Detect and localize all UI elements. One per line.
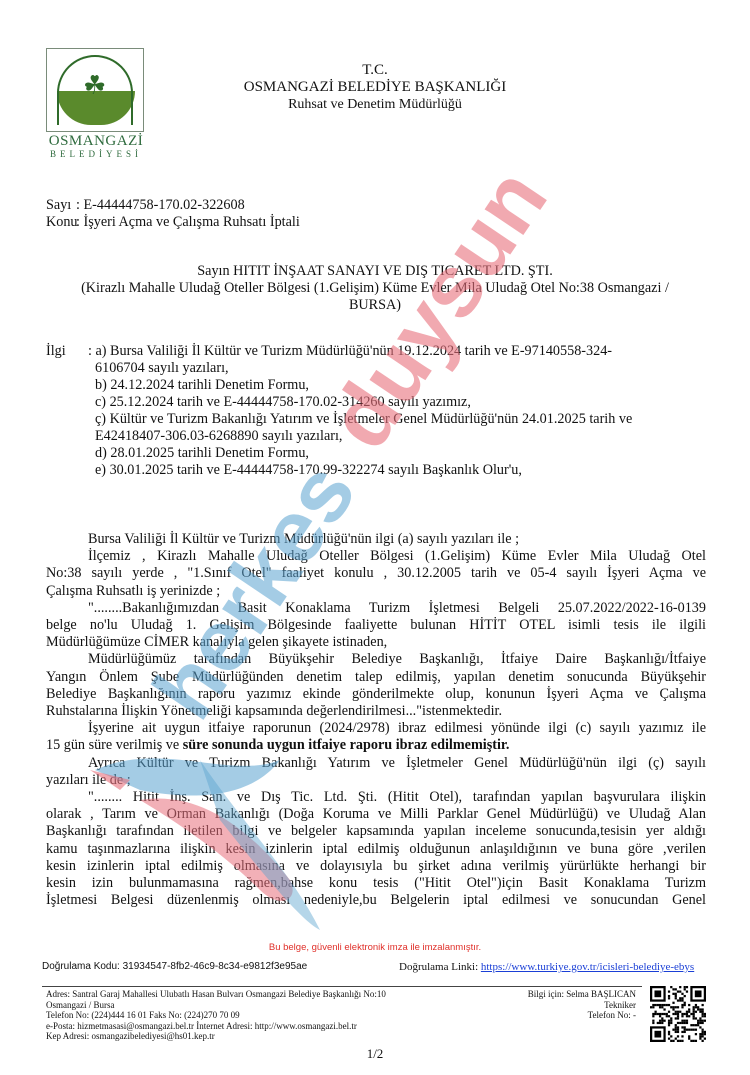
body-line: Belediye Başkanlığının raporu yazımız ek…: [46, 686, 706, 703]
e-signature-note: Bu belge, güvenli elektronik imza ile im…: [0, 942, 750, 953]
addressee-city: BURSA): [0, 297, 750, 314]
qr-code-icon: [650, 986, 706, 1042]
header-institution: OSMANGAZİ BELEDİYE BAŞKANLIĞI: [0, 79, 750, 96]
body-line-text: İlçemiz , Kirazlı Mahalle Uludağ Oteller…: [88, 548, 706, 564]
body-line-text: Müdürlüğümüze CİMER kanalıyla gelen şika…: [46, 634, 387, 650]
ilgi-item: E42418407-306.03-6268890 sayılı yazıları…: [95, 428, 342, 445]
body-line-text: Başkanlığı tarafından iletilen bilgi ve …: [46, 823, 706, 839]
body-line-text: belge no'lu Uludağ 1. Gelişim Bölgesinde…: [46, 617, 706, 633]
footer-address-line: Telefon No: (224)444 16 01 Faks No: (224…: [46, 1010, 240, 1021]
document-page: ☘ OSMANGAZİ BELEDİYESİ T.C. OSMANGAZİ BE…: [0, 0, 750, 1075]
body-line: kesin izin bulunmamasına rağmen,bahse ko…: [46, 875, 706, 892]
body-line: İşletmesi Belgesi düzenlenmiş olması ned…: [46, 892, 706, 909]
body-line-text: yazıları ile de ;: [46, 772, 131, 788]
footer-contact-line: Tekniker: [470, 1000, 636, 1011]
sayi-value: : E-44444758-170.02-322608: [76, 197, 245, 213]
ilgi-item: 6106704 sayılı yazıları,: [95, 360, 229, 377]
body-line: İlçemiz , Kirazlı Mahalle Uludağ Oteller…: [88, 548, 706, 565]
verification-link[interactable]: https://www.turkiye.gov.tr/icisleri-bele…: [481, 961, 694, 973]
body-line: Müdürlüğümüz tarafından Büyükşehir Beled…: [88, 651, 706, 668]
body-line-text: Müdürlüğümüz tarafından Büyükşehir Beled…: [88, 651, 706, 667]
body-line: İşyerine ait uygun itfaiye raporunun (20…: [88, 720, 706, 737]
ilgi-label: İlgi: [46, 343, 66, 360]
body-line-text: İşletmesi Belgesi düzenlenmiş olması ned…: [46, 892, 706, 908]
logo-name: OSMANGAZİ: [44, 134, 148, 149]
verification-code: Doğrulama Kodu: 31934547-8fb2-46c9-8c34-…: [42, 961, 307, 972]
body-line-text: Ruhstalarına İlişkin Yönetmeliği kapsamı…: [46, 703, 502, 719]
konu-label: Konu: [46, 214, 76, 231]
body-line: Başkanlığı tarafından iletilen bilgi ve …: [46, 823, 706, 840]
body-line: Yangın Önlem Şube Müdürlüğünden denetim …: [46, 669, 706, 686]
body-line-text: kesin izinlerin iptal edilmiş olmasına v…: [46, 858, 706, 874]
body-line: Çalışma Ruhsatlı iş yerinizde ;: [46, 583, 220, 600]
addressee-address: (Kirazlı Mahalle Uludağ Oteller Bölgesi …: [0, 280, 750, 297]
body-line: Bursa Valiliği İl Kültür ve Turizm Müdür…: [88, 531, 519, 548]
body-line: olarak , Tarım ve Orman Bakanlığı (Doğa …: [46, 806, 706, 823]
ilgi-item: d) 28.01.2025 tarihli Denetim Formu,: [95, 445, 309, 462]
konu-value: : İşyeri Açma ve Çalışma Ruhsatı İptali: [76, 214, 300, 230]
ilgi-item: e) 30.01.2025 tarih ve E-44444758-170.99…: [95, 462, 522, 479]
verification-link-label: Doğrulama Linki:: [399, 961, 481, 973]
footer-contact-line: Telefon No: -: [470, 1010, 636, 1021]
body-line: kesin izinlerin iptal edilmiş olmasına v…: [46, 858, 706, 875]
body-line-text: kesin izin bulunmamasına rağmen,bahse ko…: [46, 875, 706, 891]
header-tc: T.C.: [0, 62, 750, 79]
body-line-bold: süre sonunda uygun itfaiye raporu ibraz …: [183, 737, 510, 753]
header-department: Ruhsat ve Denetim Müdürlüğü: [0, 96, 750, 113]
body-line: yazıları ile de ;: [46, 772, 131, 789]
body-line: "........Bakanlığımızdan Basit Konaklama…: [88, 600, 706, 617]
body-line: Müdürlüğümüze CİMER kanalıyla gelen şika…: [46, 634, 387, 651]
konu-row: Konu: İşyeri Açma ve Çalışma Ruhsatı İpt…: [46, 214, 300, 231]
page-number: 1/2: [0, 1046, 750, 1062]
sayi-label: Sayı: [46, 197, 76, 214]
body-line: belge no'lu Uludağ 1. Gelişim Bölgesinde…: [46, 617, 706, 634]
ilgi-item: b) 24.12.2024 tarihli Denetim Formu,: [95, 377, 309, 394]
ilgi-item: ç) Kültür ve Turizm Bakanlığı Yatırım ve…: [95, 411, 632, 428]
body-line-text: "........Bakanlığımızdan Basit Konaklama…: [88, 600, 706, 616]
body-line-text: Çalışma Ruhsatlı iş yerinizde ;: [46, 583, 220, 599]
body-line: kamu taşınmazlarına ilişkin kesin izinle…: [46, 841, 706, 858]
body-line-text: "........ Hitit İnş. San. ve Dış Tic. Lt…: [88, 789, 706, 805]
sayi-row: Sayı: E-44444758-170.02-322608: [46, 197, 245, 214]
body-line: Ayrıca Kültür ve Turizm Bakanlığı Yatırı…: [88, 755, 706, 772]
body-line: 15 gün süre verilmiş ve süre sonunda uyg…: [46, 737, 509, 754]
footer-contact-line: Bilgi için: Selma BAŞLICAN: [470, 989, 636, 1000]
logo-subtitle: BELEDİYESİ: [44, 150, 148, 159]
footer-address-line: e-Posta: hizmetmasasi@osmangazi.bel.tr İ…: [46, 1021, 357, 1032]
body-line: "........ Hitit İnş. San. ve Dış Tic. Lt…: [88, 789, 706, 806]
footer-address-line: Osmangazi / Bursa: [46, 1000, 114, 1011]
body-line: Ruhstalarına İlişkin Yönetmeliği kapsamı…: [46, 703, 502, 720]
addressee-name: Sayın HITIT İNŞAAT SANAYI VE DIŞ TICARET…: [0, 263, 750, 280]
body-line-text: Belediye Başkanlığının raporu yazımız ek…: [46, 686, 706, 702]
body-line-text: İşyerine ait uygun itfaiye raporunun (20…: [88, 720, 706, 736]
footer-address-line: Kep Adresi: osmangazibelediyesi@hs01.kep…: [46, 1031, 215, 1042]
body-line-text: Yangın Önlem Şube Müdürlüğünden denetim …: [46, 669, 706, 685]
body-line-text: Bursa Valiliği İl Kültür ve Turizm Müdür…: [88, 531, 519, 547]
body-line: No:38 sayılı yerde , "1.Sınıf Otel" faal…: [46, 565, 706, 582]
body-line-text: 15 gün süre verilmiş ve: [46, 737, 183, 753]
ilgi-item: c) 25.12.2024 tarih ve E-44444758-170.02…: [95, 394, 471, 411]
body-line-text: kamu taşınmazlarına ilişkin kesin izinle…: [46, 841, 706, 857]
body-line-text: No:38 sayılı yerde , "1.Sınıf Otel" faal…: [46, 565, 706, 581]
body-line-text: Ayrıca Kültür ve Turizm Bakanlığı Yatırı…: [88, 755, 706, 771]
verification-link-row: Doğrulama Linki: https://www.turkiye.gov…: [399, 961, 694, 973]
body-line-text: olarak , Tarım ve Orman Bakanlığı (Doğa …: [46, 806, 706, 822]
ilgi-item: : a) Bursa Valiliği İl Kültür ve Turizm …: [88, 343, 612, 360]
footer-address-line: Adres: Santral Garaj Mahallesi Ulubatlı …: [46, 989, 386, 1000]
footer-divider: [42, 986, 642, 987]
